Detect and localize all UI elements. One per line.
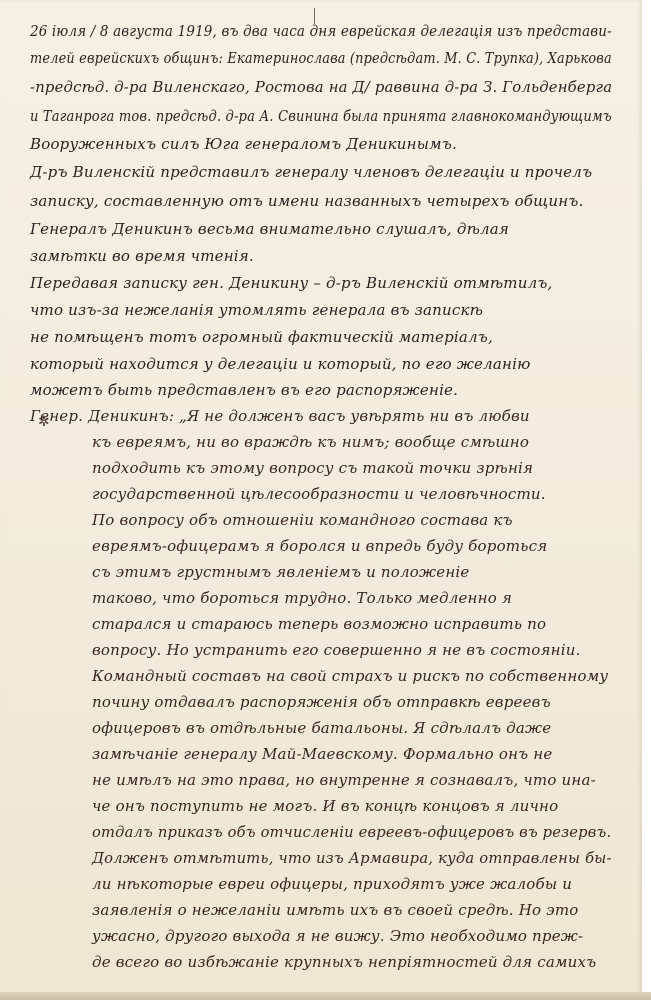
handwritten-line: не помѣщенъ тотъ огромный фактическій ма… (30, 330, 493, 345)
handwritten-line: вопросу. Но устранить его совершенно я н… (92, 643, 581, 658)
handwritten-line: почину отдавалъ распоряженія объ отправк… (92, 695, 551, 710)
handwritten-line: государственной цѣлесообразности и челов… (92, 487, 546, 502)
page-bottom-edge (0, 992, 651, 1000)
handwritten-line: -предсѣд. д-ра Виленскаго, Ростова на Д/… (30, 80, 612, 95)
handwritten-line: 26 іюля / 8 августа 1919, въ два часа дн… (30, 24, 612, 39)
handwritten-line: и Таганрога тов. предсѣд. д-ра А. Свинин… (30, 109, 612, 124)
handwritten-line: Д-ръ Виленскій представилъ генералу член… (30, 165, 592, 180)
handwritten-line: таково, что бороться трудно. Только медл… (92, 591, 512, 606)
handwritten-line: къ евреямъ, ни во враждѣ къ нимъ; вообще… (92, 435, 529, 450)
handwritten-line: отдалъ приказъ объ отчисленіи евреевъ-оф… (92, 825, 611, 840)
handwritten-line: старался и стараюсь теперь возможно испр… (92, 617, 546, 632)
handwritten-line: ли нѣкоторые евреи офицеры, приходятъ уж… (92, 877, 572, 892)
handwritten-line: можетъ быть представленъ въ его распоряж… (30, 383, 458, 398)
handwritten-line: ужасно, другого выхода я не вижу. Это не… (92, 929, 583, 944)
handwritten-line: замѣтки во время чтенія. (30, 249, 254, 264)
handwritten-line: Генер. Деникинъ: „Я не долженъ васъ увѣр… (30, 409, 530, 424)
handwritten-line: который находится у делегаціи и который,… (30, 357, 531, 372)
handwritten-line: Командный составъ на свой страхъ и рискъ… (92, 669, 608, 684)
handwritten-line: съ этимъ грустнымъ явленіемъ и положеніе (92, 565, 470, 580)
handwritten-line: замѣчаніе генералу Май-Маевскому. Формал… (92, 747, 552, 762)
handwritten-line: офицеровъ въ отдѣльные батальоны. Я сдѣл… (92, 721, 551, 736)
handwritten-line: Передавая записку ген. Деникину – д-ръ В… (30, 276, 553, 291)
handwritten-line: телей еврейскихъ общинъ: Екатеринослава … (30, 51, 612, 66)
handwritten-line: подходить къ этому вопросу съ такой точк… (92, 461, 533, 476)
handwritten-line: не имѣлъ на это права, но внутренне я со… (92, 773, 596, 788)
handwritten-line: де всего во избѣжаніе крупныхъ непріятно… (92, 955, 596, 970)
handwritten-line: Генералъ Деникинъ весьма внимательно слу… (30, 222, 509, 237)
handwritten-line: что изъ-за нежеланія утомлять генерала в… (30, 303, 483, 318)
handwritten-line: По вопросу объ отношеніи командного сост… (92, 513, 513, 528)
handwritten-line: заявленія о нежеланіи имѣть ихъ въ своей… (92, 903, 579, 918)
handwritten-line: записку, составленную отъ имени названны… (30, 194, 583, 209)
page-edge (642, 0, 651, 1000)
handwritten-line: че онъ поступить не могъ. И въ концѣ кон… (92, 799, 558, 814)
handwritten-line: евреямъ-офицерамъ я боролся и впредь буд… (92, 539, 547, 554)
handwritten-line: Вооруженныхъ силъ Юга генераломъ Деникин… (30, 137, 457, 152)
handwritten-line: Долженъ отмѣтить, что изъ Армавира, куда… (92, 851, 612, 866)
